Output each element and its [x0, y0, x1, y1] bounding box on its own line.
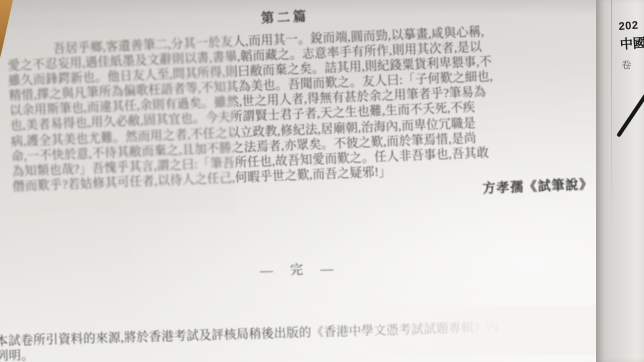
adjacent-booklet-heading: 202 中國 卷 — [618, 19, 644, 72]
adjacent-booklet-edge: 202 中國 卷 — [596, 0, 644, 362]
diagonal-print-mark — [616, 90, 644, 137]
booklet-subject-text: 中國 — [619, 32, 644, 53]
booklet-year-text: 202 — [618, 19, 644, 33]
passage-block: 第二篇 吾居乎鄉,客遺善筆二,分其一於友人,而用其一。銳而端,圓而勁,以摹畫,咸… — [0, 0, 627, 217]
exam-paper-photo: 第二篇 吾居乎鄉,客遺善筆二,分其一於友人,而用其一。銳而端,圓而勁,以摹畫,咸… — [0, 0, 644, 362]
booklet-paper-text: 卷 — [621, 55, 644, 72]
